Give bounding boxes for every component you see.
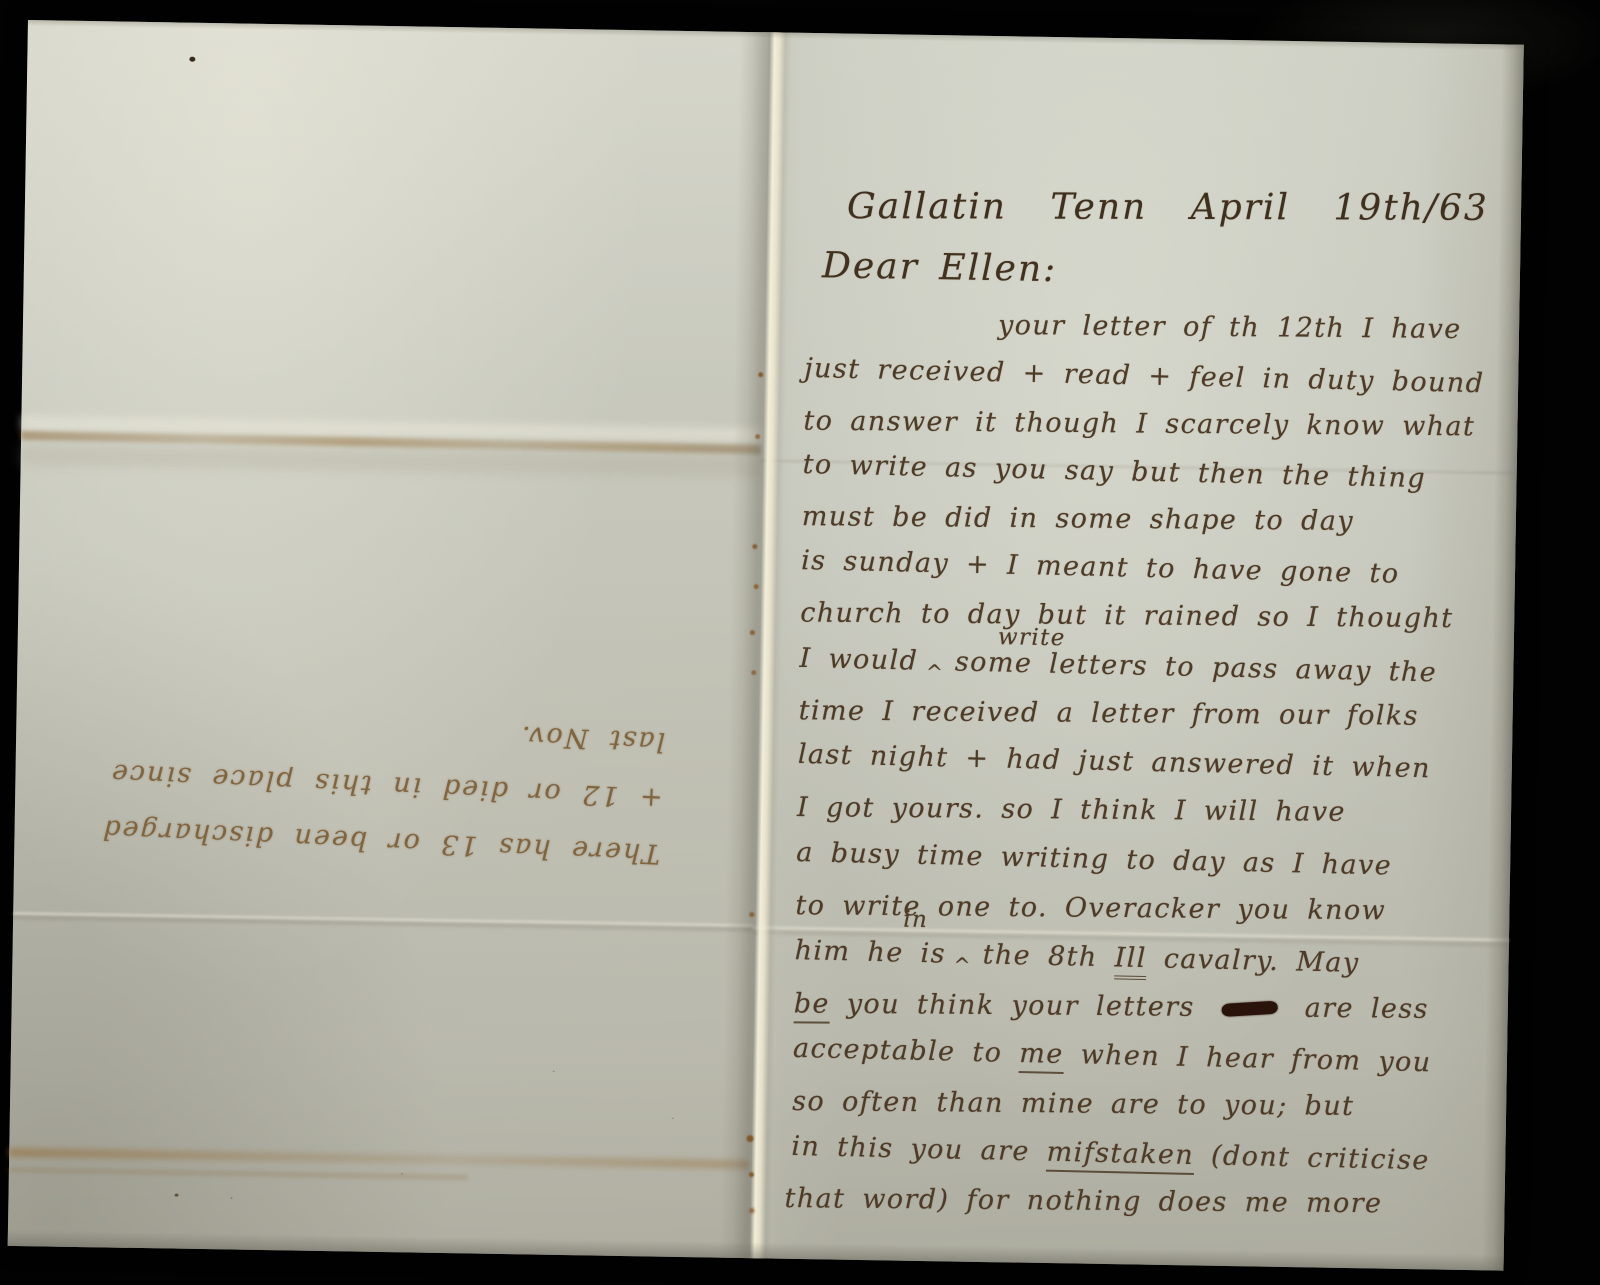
- regiment-abbreviation: Ill: [1114, 942, 1147, 980]
- letter-line: a busy time writing to day as I have: [796, 837, 1392, 882]
- line-text: acceptable to: [793, 1033, 1003, 1069]
- bottom-stain: [9, 1168, 468, 1180]
- letter-line: so often than mine are to you; but: [792, 1086, 1354, 1122]
- caret-mark: ^: [926, 660, 943, 684]
- line-text: you think your letters: [847, 989, 1195, 1023]
- letter-body: your letter of th 12th I have just recei…: [748, 32, 1524, 1270]
- letter-line: last night + had just answered it when: [798, 739, 1432, 784]
- letter-line: just received + read + feel in duty boun…: [804, 353, 1485, 399]
- letter-line: be you think your letters are less: [794, 988, 1429, 1025]
- letter-line: in this you are mifstaken (dont criticis…: [791, 1131, 1430, 1176]
- rust-speck-cluster: [758, 372, 763, 377]
- line-text: him he is: [794, 935, 946, 969]
- letter-line: your letter of th 12th I have: [998, 310, 1462, 345]
- letter-paper: There has 13 or been discharged + 12 or …: [8, 20, 1524, 1271]
- caret-mark: ^: [953, 953, 970, 977]
- right-page: Gallatin Tenn April 19th/63 Dear Ellen: …: [748, 32, 1524, 1270]
- letter-line: I got yours. so I think I will have: [797, 792, 1346, 828]
- line-text: the 8th: [982, 939, 1098, 973]
- line-text: in this you are: [791, 1131, 1030, 1167]
- upside-down-note: There has 13 or been discharged + 12 or …: [46, 670, 667, 869]
- underlined-word: be: [794, 988, 830, 1023]
- letter-line: I would^some letters to pass away the: [799, 643, 1437, 688]
- line-text: cavalry. May: [1163, 943, 1359, 978]
- line-text: (dont criticise: [1211, 1140, 1430, 1176]
- letter-line: to answer it though I scarcely know what: [803, 406, 1475, 443]
- ink-blot: [1221, 1001, 1278, 1017]
- line-text: are less: [1305, 993, 1429, 1025]
- letter-line: time I received a letter from our folks: [799, 695, 1420, 731]
- photo-background: There has 13 or been discharged + 12 or …: [0, 0, 1600, 1285]
- left-page: There has 13 or been discharged + 12 or …: [8, 20, 768, 1258]
- letter-line: church to day but it rained so I thought: [800, 597, 1453, 634]
- bottom-stain: [9, 1148, 749, 1169]
- letter-line: acceptable to me when I hear from you: [793, 1033, 1432, 1078]
- letter-line: to write one to. Overacker you know: [795, 890, 1386, 926]
- underlined-word: me: [1019, 1038, 1064, 1074]
- underlined-word: mifstaken: [1046, 1137, 1194, 1175]
- letter-line: to write as you say but then the thing: [802, 449, 1426, 494]
- line-text: some letters to pass away the: [955, 646, 1438, 688]
- letter-line: must be did in some shape to day: [802, 501, 1354, 537]
- letter-line: that word) for nothing does me more: [784, 1183, 1382, 1219]
- ink-speck-cluster: [189, 57, 195, 62]
- line-text: I would: [799, 643, 918, 677]
- line-text: when I hear from you: [1080, 1039, 1432, 1078]
- letter-line: is sunday + I meant to have gone to: [801, 545, 1400, 590]
- letter-line: him he is^the 8th Ill cavalry. May: [794, 935, 1359, 979]
